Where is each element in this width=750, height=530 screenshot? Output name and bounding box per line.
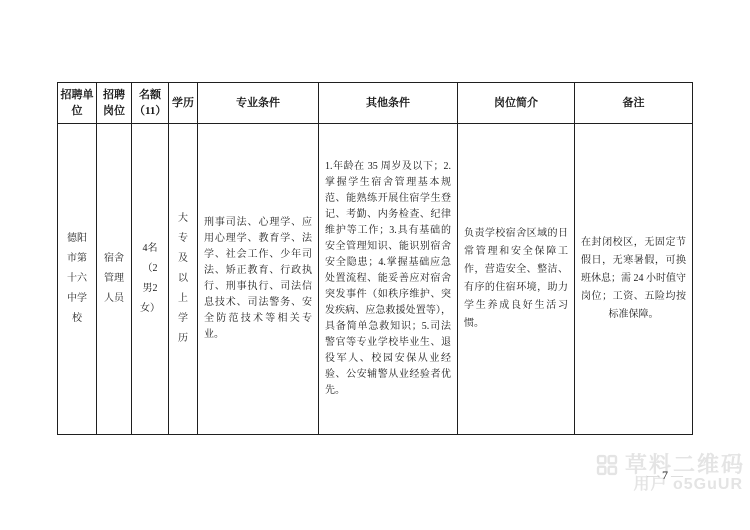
cell-major-requirements: 刑事司法、心理学、应用心理学、教育学、法学、社会工作、少年司法、矫正教育、行政执…: [198, 124, 319, 435]
page-number: —7—: [631, 468, 699, 483]
header-job-intro: 岗位简介: [458, 83, 575, 124]
header-remarks: 备注: [575, 83, 693, 124]
page-number-dash-right: —: [668, 468, 686, 482]
table-header-row: 招聘单位 招聘岗位 名额（11） 学历 专业条件 其他条件 岗位简介 备注: [58, 83, 693, 124]
table-row: 德阳市第十六中学校 宿舍管理人员 4名（2男2女） 大专及以上学历 刑事司法、心…: [58, 124, 693, 435]
cell-other-requirements: 1.年龄在 35 周岁及以下；2.掌握学生宿舍管理基本规范、能熟练开展住宿学生登…: [319, 124, 458, 435]
header-recruit-position: 招聘岗位: [97, 83, 132, 124]
cell-job-intro: 负责学校宿舍区域的日常管理和安全保障工作，营造安全、整洁、有序的住宿环境，助力学…: [458, 124, 575, 435]
header-major-requirements: 专业条件: [198, 83, 319, 124]
page-number-dash-left: —: [644, 468, 662, 482]
recruitment-table: 招聘单位 招聘岗位 名额（11） 学历 专业条件 其他条件 岗位简介 备注 德阳…: [57, 82, 693, 435]
header-recruit-unit: 招聘单位: [58, 83, 97, 124]
cell-recruit-position: 宿舍管理人员: [97, 124, 132, 435]
cell-quota: 4名（2男2女）: [132, 124, 169, 435]
cell-education: 大专及以上学历: [169, 124, 198, 435]
header-education: 学历: [169, 83, 198, 124]
cell-remarks: 在封闭校区，无固定节假日，无寒暑假，可换班休息；需 24 小时值守岗位；工资、五…: [575, 124, 693, 435]
document-page: 招聘单位 招聘岗位 名额（11） 学历 专业条件 其他条件 岗位简介 备注 德阳…: [0, 0, 750, 530]
cell-recruit-unit: 德阳市第十六中学校: [58, 124, 97, 435]
qr-code-icon: [596, 454, 618, 476]
header-quota: 名额（11）: [132, 83, 169, 124]
header-other-requirements: 其他条件: [319, 83, 458, 124]
